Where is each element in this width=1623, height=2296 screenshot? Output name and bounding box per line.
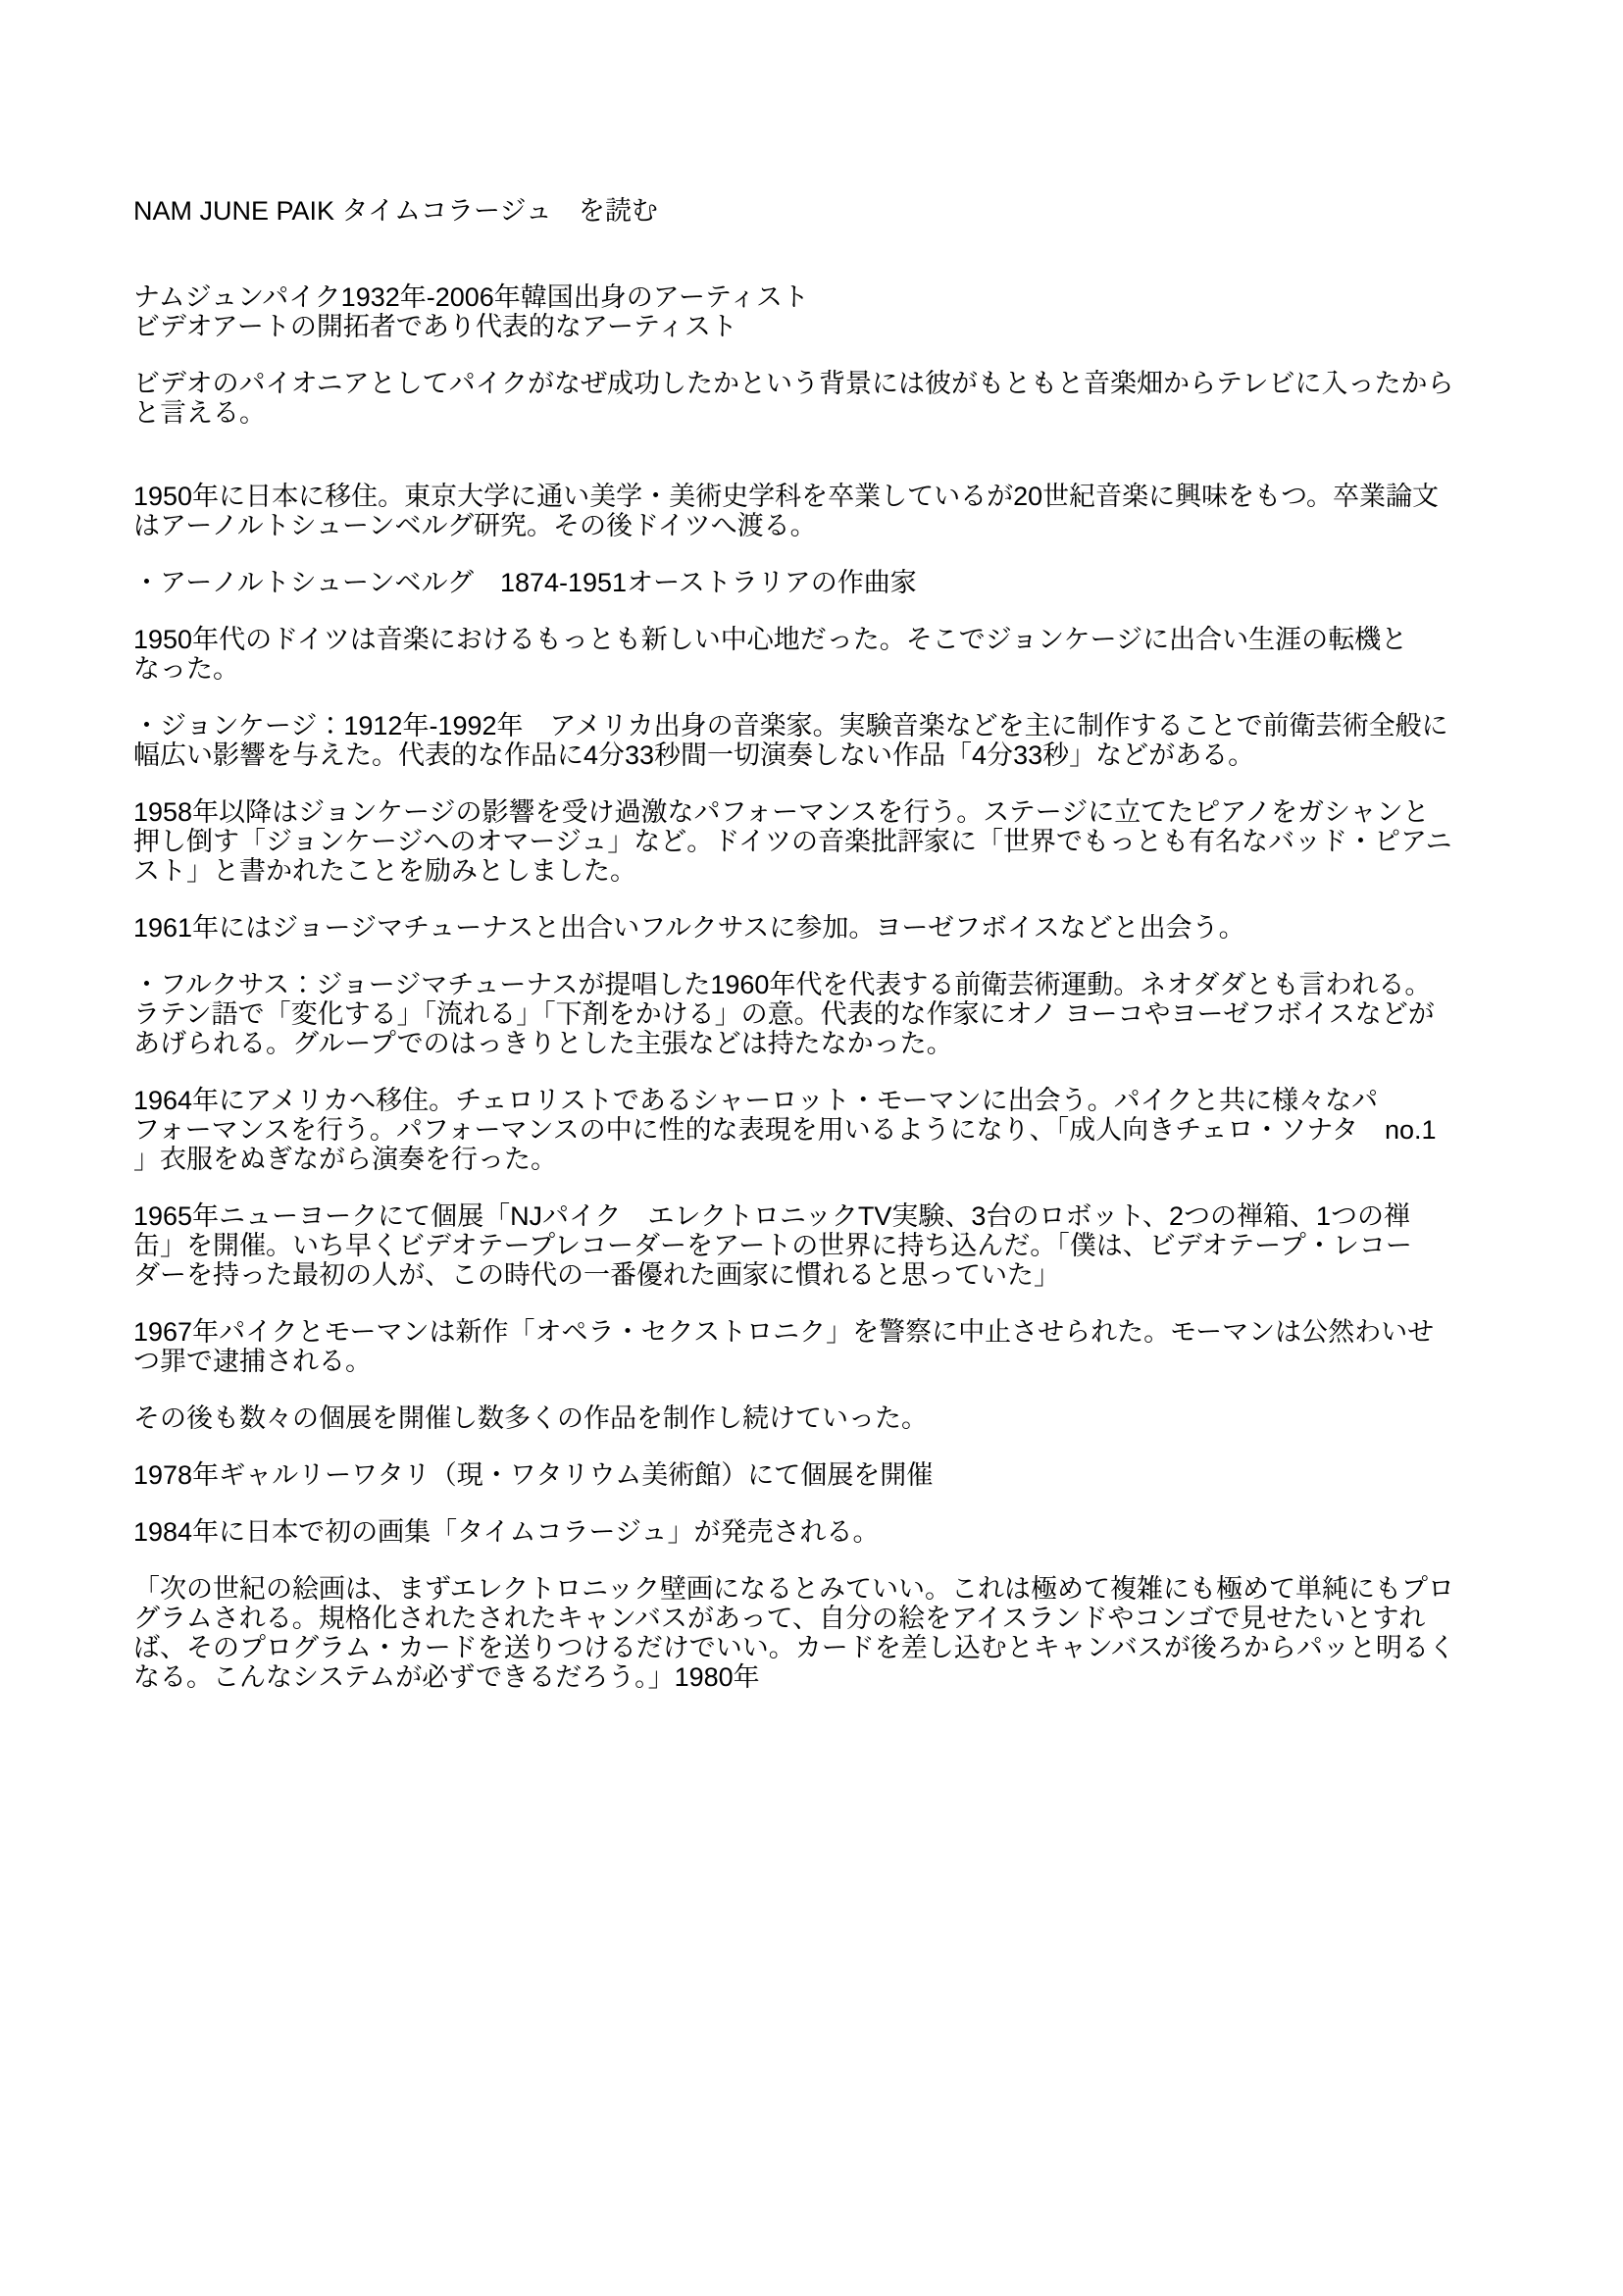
paragraph-1961-fluxus: 1961年にはジョージマチューナスと出合いフルクサスに参加。ヨーゼフボイスなどと… (133, 913, 1574, 943)
paragraph-video-pioneer: ビデオのパイオニアとしてパイクがなぜ成功したかという背景には彼がもともと音楽畑か… (133, 369, 1574, 428)
note-schoenberg: ・アーノルトシューンベルグ 1874-1951オーストラリアの作曲家 (133, 568, 1574, 597)
paragraph-1950s-germany: 1950年代のドイツは音楽におけるもっとも新しい中心地だった。そこでジョンケージ… (133, 625, 1574, 684)
paragraph-1958-performance: 1958年以降はジョンケージの影響を受け過激なパフォーマンスを行う。ステージに立… (133, 797, 1574, 886)
note-fluxus: ・フルクサス：ジョージマチューナスが提唱した1960年代を代表する前衛芸術運動。… (133, 970, 1574, 1058)
note-john-cage: ・ジョンケージ：1912年-1992年 アメリカ出身の音楽家。実験音楽などを主に… (133, 711, 1574, 770)
paragraph-1978-watari: 1978年ギャルリーワタリ（現・ワタリウム美術館）にて個展を開催 (133, 1460, 1574, 1490)
paragraph-1967-opera: 1967年パイクとモーマンは新作「オペラ・セクストロニク」を警察に中止させられた… (133, 1317, 1574, 1376)
paragraph-1980-quote: 「次の世紀の絵画は、まずエレクトロニック壁画になるとみていい。これは極めて複雑に… (133, 1574, 1574, 1692)
paragraph-later-works: その後も数々の個展を開催し数多くの作品を制作し続けていった。 (133, 1403, 1574, 1433)
paragraph-1964-america: 1964年にアメリカへ移住。チェロリストであるシャーロット・モーマンに出会う。パ… (133, 1086, 1574, 1174)
paragraph-1950-japan: 1950年に日本に移住。東京大学に通い美学・美術史学科を卒業しているが20世紀音… (133, 482, 1574, 540)
document-title: NAM JUNE PAIK タイムコラージュ を読む (133, 196, 1574, 226)
document-page: NAM JUNE PAIK タイムコラージュ を読む ナムジュンパイク1932年… (0, 0, 1623, 2296)
paragraph-1965-exhibition: 1965年ニューヨークにて個展「NJパイク エレクトロニックTV実験、3台のロボ… (133, 1201, 1574, 1290)
paragraph-1984-book: 1984年に日本で初の画集「タイムコラージュ」が発売される。 (133, 1517, 1574, 1547)
paragraph-artist-intro: ナムジュンパイク1932年-2006年韓国出身のアーティスト ビデオアートの開拓… (133, 282, 1574, 341)
